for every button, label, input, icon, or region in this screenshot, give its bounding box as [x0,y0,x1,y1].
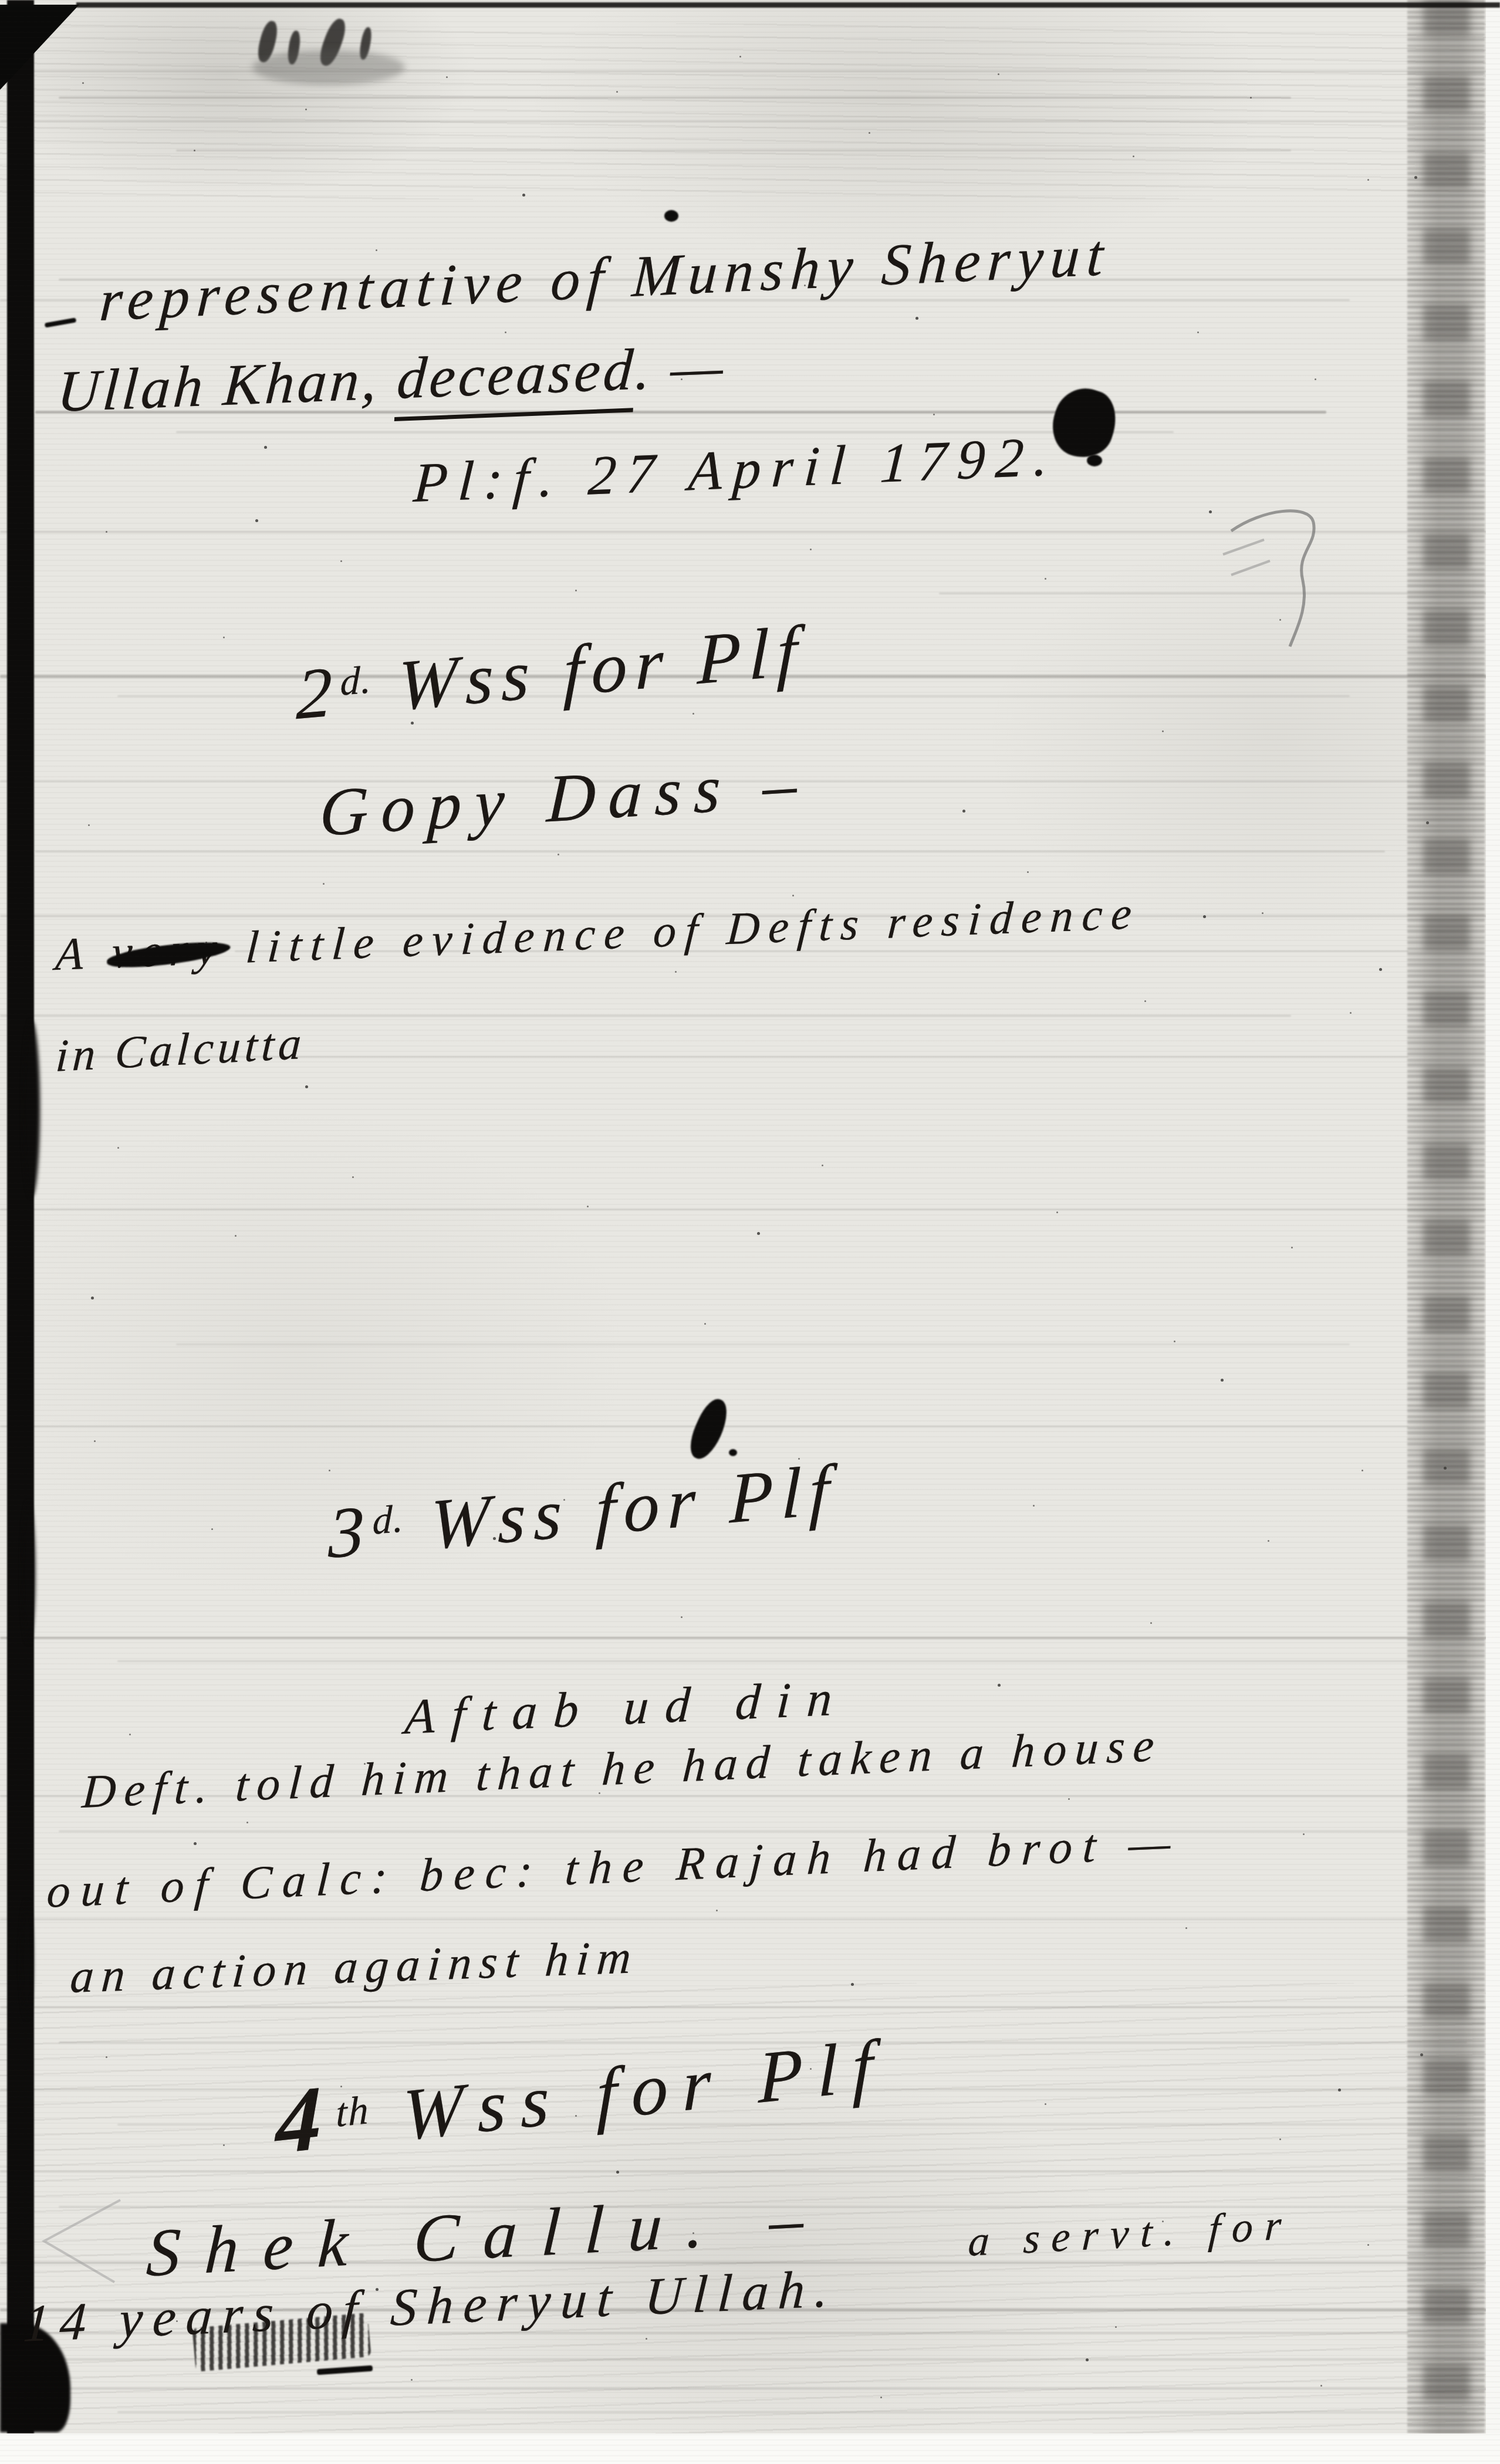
witness-2-note-line-2: in Calcutta [55,1017,307,1083]
ink-blot-satellite [729,1449,737,1456]
scan-streak [117,2411,1467,2413]
paper-speckles-small [0,0,2,2]
pencil-chevron-mark [32,2194,126,2288]
scanline-band-top [0,23,1500,199]
scan-streak [176,150,1291,151]
witness-3-note-line-2: out of Calc: bec: the Rajah had brot — [45,1816,1183,1919]
scan-streak [0,2171,1500,2172]
left-edge-bump [21,1901,33,2018]
scan-streak [0,1015,1291,1017]
header-line-2: Ullah Khan, deceased. — [55,332,728,425]
witness-3-ordinal: d. [372,1496,404,1543]
witness-2-note-start: A [54,926,113,980]
witness-2-heading-text: Wss for Plf [371,611,806,728]
scan-streak [0,1918,1500,1920]
scan-streak [176,1343,1350,1345]
witness-2-name: Gopy Dass – [318,744,811,852]
manuscript-page: representative of Munshy Sheryut Ullah K… [0,0,1500,2464]
header-line-2-start: Ullah Khan, [55,346,399,425]
pencil-squiggle-mark [1221,499,1350,657]
witness-4-ordinal: th [336,2087,370,2135]
left-edge-shadow [7,0,34,2433]
scan-streak [59,1830,1467,1832]
header-line-2-end: . — [634,333,728,402]
left-edge-bump [22,1502,35,1643]
ink-fleck [664,210,678,222]
margin-dash-mark [45,317,77,327]
bottom-page-margin [0,2433,1500,2464]
scan-streak [939,593,1500,594]
witness-3-name: Aftab ud din [403,1669,850,1746]
witness-4-heading-text: Wss for Plf [370,2024,887,2160]
date-line: Pl:f. 27 April 1792. [412,424,1061,515]
scan-streak [0,1209,1500,1210]
header-line-1: representative of Munshy Sheryut [98,221,1113,335]
smudge-mark [286,30,302,65]
page-corner-fold [0,5,79,90]
witness-2-number: 2 [296,651,341,735]
scan-streak [0,2388,1500,2389]
witness-3-heading: 3d. Wss for Plf [328,1448,838,1576]
top-edge-line [76,2,1500,8]
smudge-mark [358,26,373,60]
witness-2-ordinal: d. [340,657,372,704]
left-edge-bump [23,1021,40,1197]
scribble-underline-mark [317,2365,373,2375]
witness-3-number: 3 [328,1490,373,1573]
struck-word: very [110,922,228,978]
witness-4-heading: 4th Wss for Plf [276,2005,887,2175]
scan-streak [0,2006,1500,2008]
scan-streak [59,97,1291,99]
witness-4-note-inline: a servt. for [967,2201,1295,2266]
witness-2-note-end: little evidence of Defts residence [224,887,1142,973]
scan-streak [0,531,1500,533]
binding-gutter-dark-patches [1423,0,1470,2464]
ink-blot [684,1395,734,1463]
witness-2-note-line-1: A very little evidence of Defts residenc… [54,886,1142,981]
scan-streak [0,120,1500,122]
scan-streak [0,70,1500,72]
scan-streak [0,1637,1500,1639]
deceased-underlined: deceased [394,337,638,421]
smudge-mark [316,16,350,68]
witness-2-heading: 2d. Wss for Plf [296,610,806,737]
witness-4-number: 4 [276,2065,336,2174]
right-page-margin [1486,0,1500,2464]
scan-streak [59,2358,1485,2360]
ink-blot-satellite [1087,455,1102,466]
scan-streak [35,851,1385,852]
scan-streak [117,1660,1467,1662]
witness-3-heading-text: Wss for Plf [404,1450,838,1567]
witness-3-note-line-3: an action against him [69,1931,640,2004]
paper-speckles-medium [0,0,3,3]
smudge-mark [255,19,281,64]
binding-gutter-shadow [1407,0,1485,2464]
